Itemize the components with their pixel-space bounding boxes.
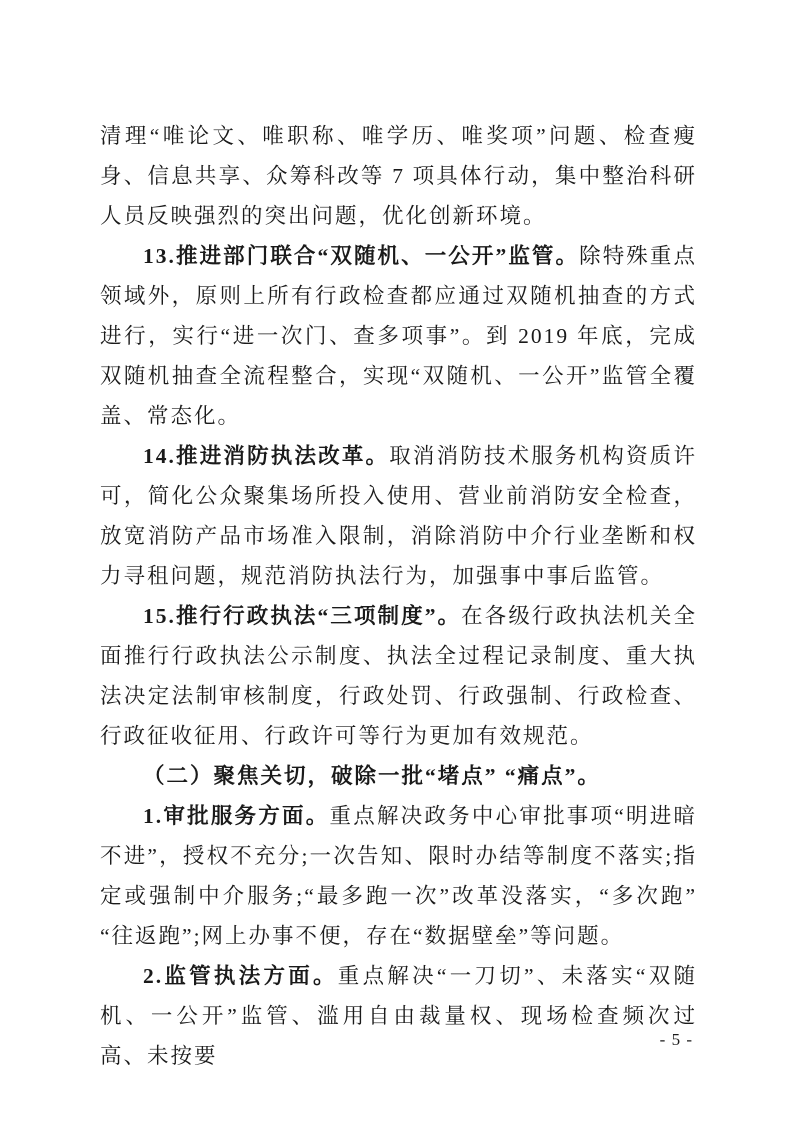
paragraph-item-14: 14.推进消防执法改革。取消消防技术服务机构资质许可，简化公众聚集场所投入使用、… <box>100 436 697 596</box>
document-body: 清理“唯论文、唯职称、唯学历、唯奖项”问题、检查瘦身、信息共享、众筹科改等 7 … <box>100 116 697 1076</box>
section-heading-text: （二）聚焦关切，破除一批“堵点” “痛点”。 <box>143 764 601 788</box>
paragraph-item-1: 1.审批服务方面。重点解决政务中心审批事项“明进暗不进”，授权不充分;一次告知、… <box>100 796 697 956</box>
paragraph-item-15: 15.推行行政执法“三项制度”。在各级行政执法机关全面推行行政执法公示制度、执法… <box>100 596 697 756</box>
paragraph-lead: 15.推行行政执法“三项制度”。 <box>143 604 461 628</box>
paragraph-lead: 1.审批服务方面。 <box>143 804 329 828</box>
paragraph-text: 清理“唯论文、唯职称、唯学历、唯奖项”问题、检查瘦身、信息共享、众筹科改等 7 … <box>100 124 697 228</box>
paragraph-item-13: 13.推进部门联合“双随机、一公开”监管。除特殊重点领域外，原则上所有行政检查都… <box>100 236 697 436</box>
paragraph-continuation: 清理“唯论文、唯职称、唯学历、唯奖项”问题、检查瘦身、信息共享、众筹科改等 7 … <box>100 116 697 236</box>
paragraph-item-2: 2.监管执法方面。重点解决“一刀切”、未落实“双随机、一公开”监管、滥用自由裁量… <box>100 956 697 1076</box>
paragraph-lead: 2.监管执法方面。 <box>143 964 338 988</box>
section-heading: （二）聚焦关切，破除一批“堵点” “痛点”。 <box>100 756 697 796</box>
paragraph-lead: 14.推进消防执法改革。 <box>143 444 389 468</box>
paragraph-text: 除特殊重点领域外，原则上所有行政检查都应通过双随机抽查的方式进行，实行“进一次门… <box>100 244 697 428</box>
page-number: - 5 - <box>660 1030 693 1050</box>
document-page: 清理“唯论文、唯职称、唯学历、唯奖项”问题、检查瘦身、信息共享、众筹科改等 7 … <box>0 0 793 1122</box>
paragraph-lead: 13.推进部门联合“双随机、一公开”监管。 <box>143 244 579 268</box>
